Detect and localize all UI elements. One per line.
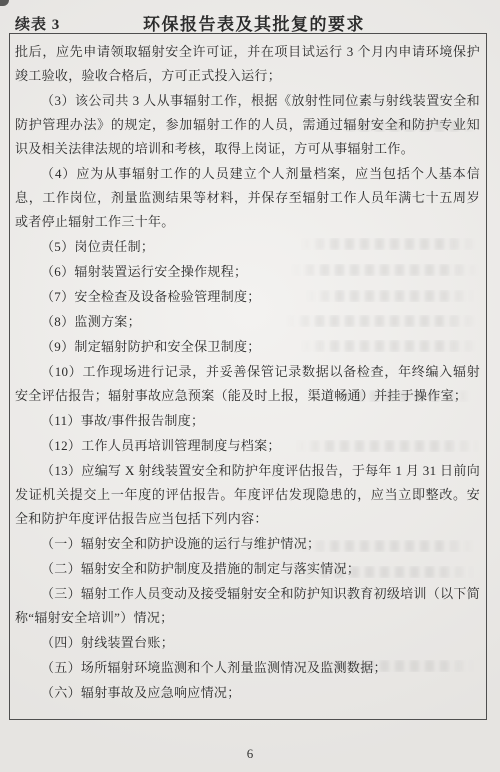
report-paragraph: （四）射线装置台账；	[15, 631, 480, 655]
continued-table-label: 续表 3	[15, 13, 60, 34]
report-body: 批后，应先申请领取辐射安全许可证，并在项目试运行 3 个月内申请环境保护竣工验收…	[15, 40, 480, 705]
report-paragraph: （6）辐射装置运行安全操作规程；	[15, 260, 480, 284]
report-paragraph: （五）场所辐射环境监测和个人剂量监测情况及监测数据；	[15, 656, 480, 680]
report-paragraph: （12）工作人员再培训管理制度与档案；	[15, 434, 480, 458]
report-paragraph: （一）辐射安全和防护设施的运行与维护情况；	[15, 532, 480, 556]
page-number: 6	[0, 746, 500, 762]
report-paragraph: （六）辐射事故及应急响应情况；	[15, 681, 480, 705]
report-paragraph: （11）事故/事件报告制度；	[15, 409, 480, 433]
scanned-document-page: 续表 3 环保报告表及其批复的要求 批后，应先申请领取辐射安全许可证，并在项目试…	[0, 0, 500, 772]
report-paragraph: （5）岗位责任制；	[15, 235, 480, 259]
report-paragraph: （3）该公司共 3 人从事辐射工作，根据《放射性同位素与射线装置安全和防护管理办…	[15, 89, 480, 161]
report-paragraph: （4）应为从事辐射工作的人员建立个人剂量档案，应当包括个人基本信息，工作岗位，剂…	[15, 162, 480, 234]
page-title: 环保报告表及其批复的要求	[143, 10, 365, 35]
report-paragraph: （9）制定辐射防护和安全保卫制度；	[15, 335, 480, 359]
report-paragraph: （13）应编写 X 射线装置安全和防护年度评估报告，于每年 1 月 31 日前向…	[15, 459, 480, 531]
report-paragraph: （10）工作现场进行记录，并妥善保管记录数据以备检查，年终编入辐射安全评估报告；…	[15, 360, 480, 408]
report-paragraph: （8）监测方案；	[15, 310, 480, 334]
report-paragraph: （7）安全检查及设备检验管理制度；	[15, 285, 480, 309]
scan-corner-artifact	[0, 0, 9, 6]
report-table-cell: 批后，应先申请领取辐射安全许可证，并在项目试运行 3 个月内申请环境保护竣工验收…	[9, 33, 487, 720]
report-paragraph: 批后，应先申请领取辐射安全许可证，并在项目试运行 3 个月内申请环境保护竣工验收…	[15, 40, 480, 88]
report-paragraph: （三）辐射工作人员变动及接受辐射安全和防护知识教育初级培训（以下简称“辐射安全培…	[15, 582, 480, 630]
page-header: 续表 3 环保报告表及其批复的要求	[15, 9, 487, 33]
report-paragraph: （二）辐射安全和防护制度及措施的制定与落实情况；	[15, 557, 480, 581]
